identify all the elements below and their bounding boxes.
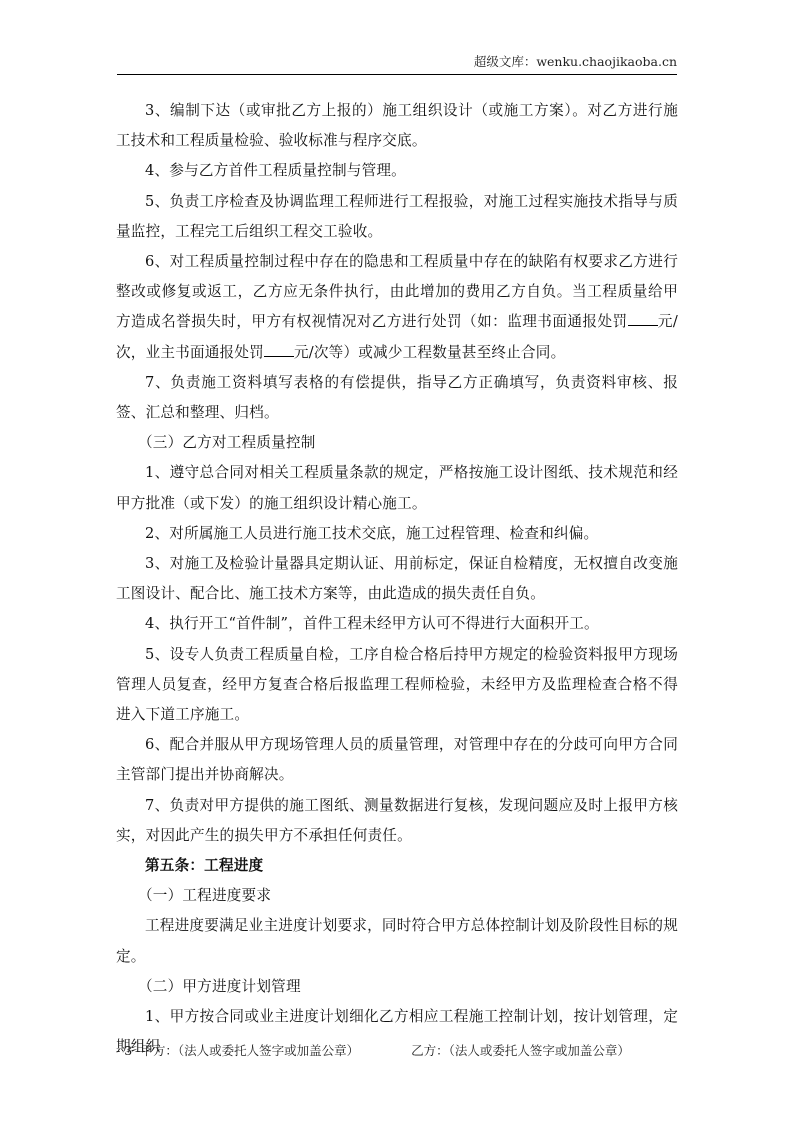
paragraph: 7、负责对甲方提供的施工图纸、测量数据进行复核，发现问题应及时上报甲方核实，对因…: [116, 791, 678, 851]
section-subheading: （二）甲方进度计划管理: [116, 972, 678, 1002]
section-subheading: （一）工程进度要求: [116, 881, 678, 911]
page-footer: - 3 -甲方：（法人或委托人签字或加盖公章）乙方：（法人或委托人签字或加盖公章…: [116, 1042, 630, 1060]
party-a-signature: 甲方：（法人或委托人签字或加盖公章）: [140, 1043, 359, 1058]
paragraph: 4、参与乙方首件工程质量控制与管理。: [116, 156, 678, 186]
page-header: 超级文库：wenku.chaojikaoba.cn: [117, 52, 677, 75]
paragraph: 5、负责工序检查及协调监理工程师进行工程报验，对施工过程实施技术指导与质量监控，…: [116, 187, 678, 247]
document-page: 超级文库：wenku.chaojikaoba.cn 3、编制下达（或审批乙方上报…: [0, 0, 793, 1122]
paragraph: 6、配合并服从甲方现场管理人员的质量管理，对管理中存在的分歧可向甲方合同主管部门…: [116, 730, 678, 790]
paragraph: 1、遵守总合同对相关工程质量条款的规定，严格按施工设计图纸、技术规范和经甲方批准…: [116, 458, 678, 518]
paragraph: 5、设专人负责工程质量自检，工序自检合格后持甲方规定的检验资料报甲方现场管理人员…: [116, 640, 678, 731]
party-b-signature: 乙方：（法人或委托人签字或加盖公章）: [411, 1043, 630, 1058]
paragraph-text: 6、对工程质量控制过程中存在的隐患和工程质量中存在的缺陷有权要求乙方进行整改或修…: [116, 253, 678, 330]
paragraph: 3、对施工及检验计量器具定期认证、用前标定，保证自检精度，无权擅自改变施工图设计…: [116, 549, 678, 609]
paragraph: 工程进度要满足业主进度计划要求，同时符合甲方总体控制计划及阶段性目标的规定。: [116, 911, 678, 971]
paragraph-with-blanks: 6、对工程质量控制过程中存在的隐患和工程质量中存在的缺陷有权要求乙方进行整改或修…: [116, 247, 678, 368]
document-body: 3、编制下达（或审批乙方上报的）施工组织设计（或施工方案）。对乙方进行施工技术和…: [116, 96, 678, 1063]
paragraph: 4、执行开工“首件制”，首件工程未经甲方认可不得进行大面积开工。: [116, 609, 678, 639]
paragraph: 3、编制下达（或审批乙方上报的）施工组织设计（或施工方案）。对乙方进行施工技术和…: [116, 96, 678, 156]
article-heading: 第五条：工程进度: [116, 851, 678, 881]
page-number: - 3 -: [116, 1043, 140, 1058]
paragraph: 2、对所属施工人员进行施工技术交底，施工过程管理、检查和纠偏。: [116, 519, 678, 549]
paragraph-text: 元/次等）或减少工程数量甚至终止合同。: [294, 344, 565, 361]
header-site-label: 超级文库：wenku.chaojikaoba.cn: [474, 54, 677, 69]
fill-in-blank[interactable]: [628, 311, 658, 326]
fill-in-blank[interactable]: [264, 342, 294, 357]
paragraph: 7、负责施工资料填写表格的有偿提供，指导乙方正确填写，负责资料审核、报签、汇总和…: [116, 368, 678, 428]
section-subheading: （三）乙方对工程质量控制: [116, 428, 678, 458]
